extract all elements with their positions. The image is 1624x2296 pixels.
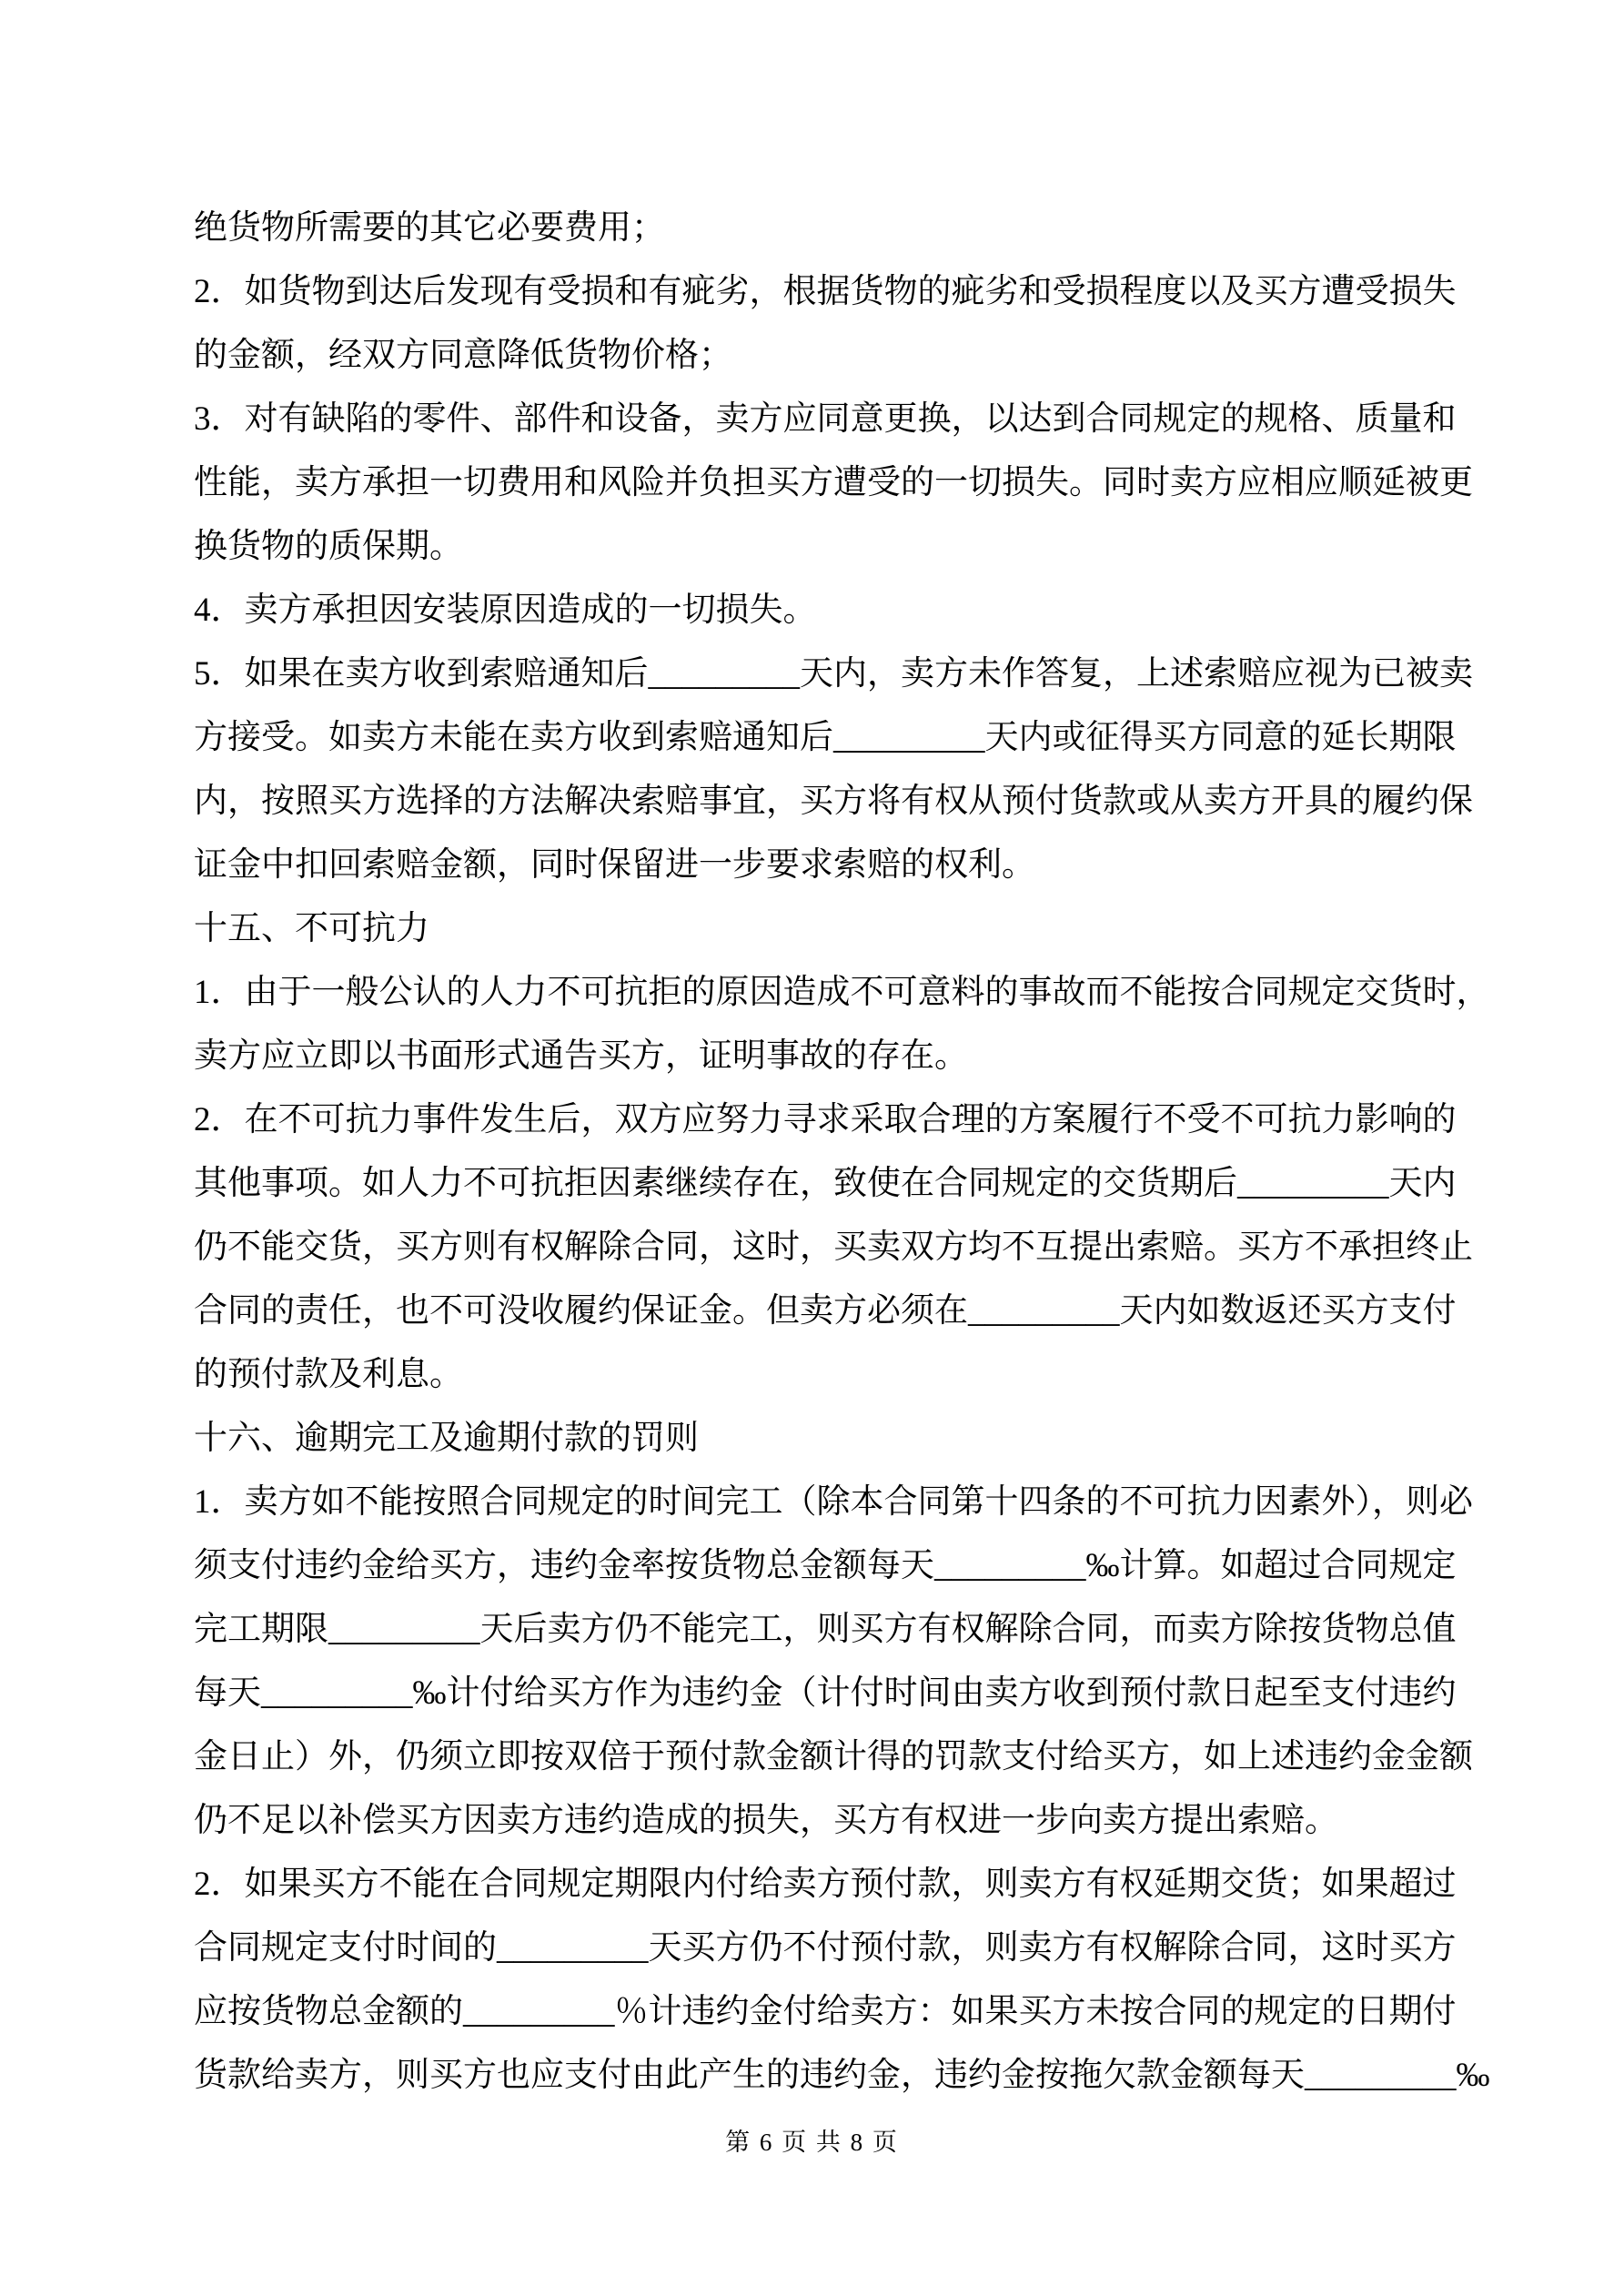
text-line: 应按货物总金额的_________％计违约金付给卖方：如果买方未按合同的规定的日… (194, 1980, 1522, 2044)
text-line: 1．由于一般公认的人力不可抗拒的原因造成不可意料的事故而不能按合同规定交货时， (194, 961, 1522, 1025)
text-line: 2．在不可抗力事件发生后，双方应努力寻求采取合理的方案履行不受不可抗力影响的 (194, 1088, 1522, 1152)
text-line: 性能，卖方承担一切费用和风险并负担买方遭受的一切损失。同时卖方应相应顺延被更 (194, 451, 1522, 515)
text-line: 十六、逾期完工及逾期付款的罚则 (194, 1407, 1522, 1471)
text-line: 5．如果在卖方收到索赔通知后_________天内，卖方未作答复，上述索赔应视为… (194, 642, 1522, 706)
text-line: 仍不足以补偿买方因卖方违约造成的损失，买方有权进一步向卖方提出索赔。 (194, 1789, 1522, 1853)
text-line: 货款给卖方，则买方也应支付由此产生的违约金，违约金按拖欠款金额每天_______… (194, 2044, 1522, 2108)
text-line: 方接受。如卖方未能在卖方收到索赔通知后_________天内或征得买方同意的延长… (194, 706, 1522, 770)
text-line: 仍不能交货，买方则有权解除合同，这时，买卖双方均不互提出索赔。买方不承担终止 (194, 1216, 1522, 1279)
text-line: 1．卖方如不能按照合同规定的时间完工（除本合同第十四条的不可抗力因素外），则必 (194, 1471, 1522, 1534)
text-line: 的预付款及利息。 (194, 1343, 1522, 1407)
text-line: 2．如货物到达后发现有受损和有疵劣，根据货物的疵劣和受损程度以及买方遭受损失 (194, 260, 1522, 324)
text-line: 的金额，经双方同意降低货物价格； (194, 324, 1522, 388)
text-line: 十五、不可抗力 (194, 897, 1522, 961)
text-line: 4．卖方承担因安装原因造成的一切损失。 (194, 579, 1522, 642)
text-line: 卖方应立即以书面形式通告买方，证明事故的存在。 (194, 1025, 1522, 1088)
text-line: 其他事项。如人力不可抗拒因素继续存在，致使在合同规定的交货期后_________… (194, 1152, 1522, 1216)
text-line: 3．对有缺陷的零件、部件和设备，卖方应同意更换，以达到合同规定的规格、质量和 (194, 388, 1522, 451)
text-line: 合同的责任，也不可没收履约保证金。但卖方必须在_________天内如数返还买方… (194, 1279, 1522, 1343)
text-line: 金日止）外，仍须立即按双倍于预付款金额计得的罚款支付给买方，如上述违约金金额 (194, 1725, 1522, 1789)
text-line: 2．如果买方不能在合同规定期限内付给卖方预付款，则卖方有权延期交货；如果超过 (194, 1853, 1522, 1917)
text-line: 内，按照买方选择的方法解决索赔事宜，买方将有权从预付货款或从卖方开具的履约保 (194, 770, 1522, 834)
text-line: 须支付违约金给买方，违约金率按货物总金额每天_________‰计算。如超过合同… (194, 1534, 1522, 1598)
page-footer: 第 6 页 共 8 页 (0, 2126, 1624, 2159)
text-line: 证金中扣回索赔金额，同时保留进一步要求索赔的权利。 (194, 834, 1522, 897)
text-line: 完工期限_________天后卖方仍不能完工，则买方有权解除合同，而卖方除按货物… (194, 1598, 1522, 1662)
document-page: 绝货物所需要的其它必要费用；2．如货物到达后发现有受损和有疵劣，根据货物的疵劣和… (0, 0, 1624, 2296)
text-line: 合同规定支付时间的_________天买方仍不付预付款，则卖方有权解除合同，这时… (194, 1917, 1522, 1980)
document-body: 绝货物所需要的其它必要费用；2．如货物到达后发现有受损和有疵劣，根据货物的疵劣和… (194, 197, 1522, 2108)
text-line: 每天_________‰计付给买方作为违约金（计付时间由卖方收到预付款日起至支付… (194, 1662, 1522, 1725)
text-line: 换货物的质保期。 (194, 515, 1522, 579)
text-line: 绝货物所需要的其它必要费用； (194, 197, 1522, 260)
